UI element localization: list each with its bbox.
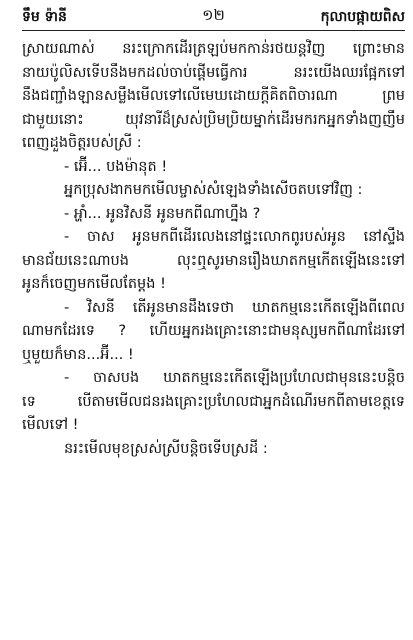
text-line: មើលទៅ ! [22, 414, 405, 438]
narration-line: នរះមើលមុខស្រស់ស្រីបន្តិចទើបស្រដី : [22, 438, 405, 462]
text-line: មានជ័យនេះណាបង លុះឮសូរមានរឿងឃាតកម្មកើតឡើង… [22, 250, 405, 274]
dialogue-line: - អ៊ើ... បងម៉ានុត ! [22, 156, 405, 180]
text-line: អូនក៏ចេញមកមើលតែម្តង ! [22, 273, 405, 297]
text-line: ទេ បើតាមមើលជនរងគ្រោះប្រហែលជាអ្នកដំណើរមកព… [22, 391, 405, 415]
text-line: ពេញដួងចិត្តរបស់ស្រី : [22, 132, 405, 156]
dialogue-line: - អ្ហាំ... អូនវិសនី អូនមកពីណាហ្នឹង ? [22, 203, 405, 227]
dialogue-line: - ចាស អូនមកពីដើរលេងនៅផ្ទះលោកពូរបស់អូន នៅ… [22, 226, 405, 250]
text-line: នឹងជញ្ជាំងឡានសម្លឹងមើលទៅលើមេឃដោយក្តីគិតព… [22, 85, 405, 109]
text-line: ជាមួយនោះ យុវនារីដ៏ស្រស់ប្រិមប្រិយម្នាក់ដ… [22, 109, 405, 133]
dialogue-line: - វិសនី តើអូនមានដឹងទេថា ឃាតកម្មនេះកើតឡើង… [22, 297, 405, 321]
running-header: ទឹម ទ៉ានី ១២ កុលាបផ្កាយពិស [22, 6, 405, 28]
book-page: ទឹម ទ៉ានី ១២ កុលាបផ្កាយពិស ស្រាយណាស់ នរះ… [0, 0, 413, 640]
text-line: នាយប៉ូលិសទើបនឹងមកដល់ចាប់ផ្តើមធ្វើការ នរះ… [22, 62, 405, 86]
page-number: ១២ [202, 6, 225, 28]
author-name: ទឹម ទ៉ានី [22, 7, 67, 28]
book-title: កុលាបផ្កាយពិស [321, 7, 405, 28]
text-line: ណាមកដែរទេ ? ហើយអ្នករងគ្រោះនោះជាមនុស្សមកព… [22, 320, 405, 344]
header-rule [22, 30, 405, 31]
text-line: ឬមួយក៏មាន...អ៊ី... ! [22, 344, 405, 368]
dialogue-line: - ចាសបង ឃាតកម្មនេះកើតឡើងប្រហែលជាមុននេះបន… [22, 367, 405, 391]
narration-line: អ្នកប្រុសងាកមកមើលម្ចាស់សំឡេងទាំងសើចតបទៅវ… [22, 179, 405, 203]
text-line: ស្រាយណាស់ នរះក្រោកដើរត្រឡប់មកកាន់រថយន្តវ… [22, 38, 405, 62]
page-body: ស្រាយណាស់ នរះក្រោកដើរត្រឡប់មកកាន់រថយន្តវ… [22, 38, 405, 461]
